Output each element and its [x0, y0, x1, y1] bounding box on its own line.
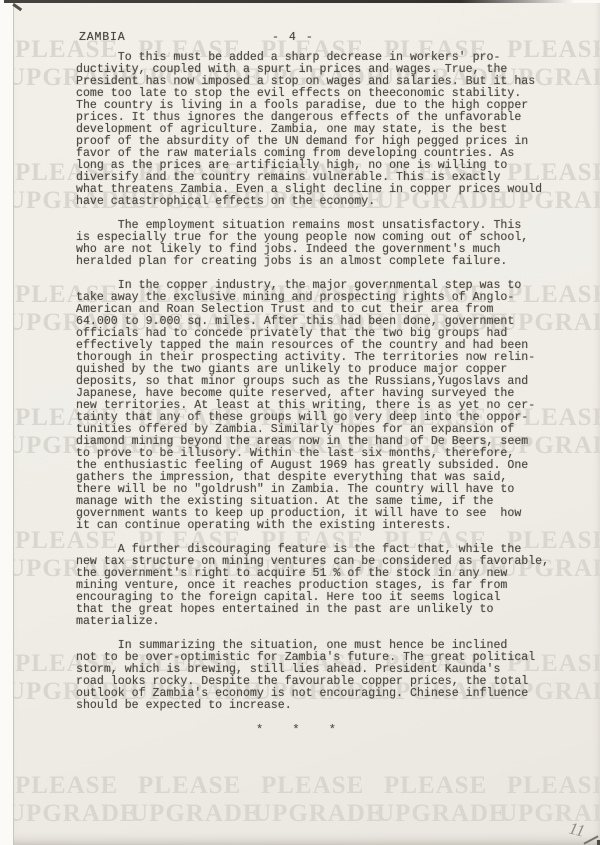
paragraph: The employment situation remains most un…: [76, 220, 568, 268]
scan-background: { "document": { "header": { "title": "ZA…: [0, 0, 600, 845]
paragraph: To this must be added a sharp decrease i…: [76, 52, 568, 208]
scan-top-edge: [4, 0, 575, 3]
document-title: ZAMBIA: [79, 31, 126, 44]
paragraph: In the copper industry, the major govern…: [76, 280, 568, 532]
document-body: To this must be added a sharp decrease i…: [76, 52, 568, 736]
page-number: - 4 -: [272, 31, 314, 44]
paragraph: In summarizing the situation, one must h…: [76, 640, 568, 712]
paragraph: A further discouraging feature is the fa…: [76, 544, 568, 628]
document-content: ZAMBIA - 4 - To this must be added a sha…: [14, 3, 600, 845]
footer-separator: * * *: [76, 724, 516, 736]
document-page: PLEASEUPGRADEPLEASEUPGRADEPLEASEUPGRADEP…: [13, 3, 600, 845]
